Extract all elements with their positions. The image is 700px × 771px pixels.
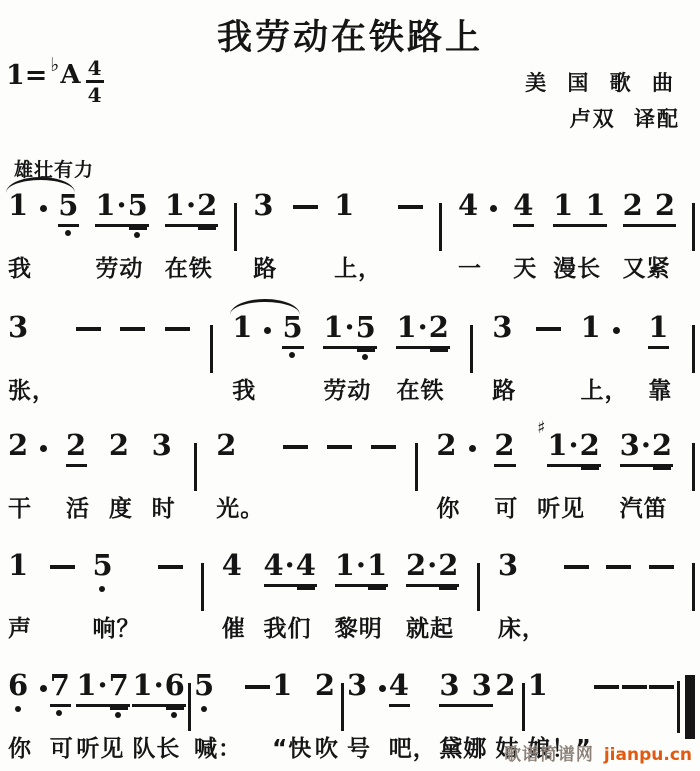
note-group [649,550,674,600]
lyric: 汽笛 [620,490,668,523]
note-cell [283,430,308,480]
note-group: 2 [66,430,87,480]
note-group: 4 [389,670,410,720]
lyric: 你 [436,490,460,523]
note-group: 1 [8,550,29,600]
note-group: 3·2 [620,430,673,480]
note-cell [622,670,647,720]
lyric: 听见 [76,730,124,763]
note-cell: ♯1·2听见 [537,430,601,523]
note-cell [50,550,75,600]
dash-note [158,565,183,569]
lyric: 上， [334,250,382,283]
note-token: 1 [648,312,669,349]
note-group: 3 [498,550,519,600]
note-group: 4 [222,550,243,600]
song-title: 我劳动在铁路上 [0,10,700,60]
note-token: 2 [494,430,515,467]
watermark-site-name: 歌谱简谱网 [504,745,594,765]
note-cell: 1声 [8,550,32,643]
note-cell: 1·5劳动 [323,312,376,405]
barline [692,325,695,373]
note-group: 1·7 [76,670,129,720]
dash-note [120,327,145,331]
note-token: 1· [76,670,108,707]
note-cell: 1上， [581,312,629,405]
credits: 美 国 歌 曲 卢双 译配 [525,66,680,137]
note-group [594,670,619,720]
lyric: 张， [8,372,56,405]
note-cell [564,550,589,600]
lyric: 声 [8,610,32,643]
note-group: 4·4 [264,550,317,600]
note-token: 2 [216,430,237,462]
note-cell: 7可 [50,670,74,763]
lyric: 可 [494,490,518,523]
note-token: 5 [58,190,79,227]
note-token: 2 [109,430,130,462]
note-token: 4 [222,550,243,582]
note-group [76,312,101,362]
lyric: 我们 [264,610,312,643]
note-group [536,312,561,362]
note-cell: 3床， [498,550,546,643]
dash-note [327,445,352,449]
note-group [283,430,308,480]
note-token: 2 [652,430,673,467]
note-cell: 1 1漫长 [553,190,606,283]
note-group [606,550,631,600]
note-group [293,190,318,240]
note-cell [371,430,396,480]
barline [415,443,418,491]
note-group [165,312,190,362]
note-group: 1 1 [553,190,606,240]
key-prefix: 1= [6,60,47,91]
note-group: 2 [494,430,515,480]
dot-note [490,205,497,212]
lyric: 活 [66,490,90,523]
note-group: 3 [152,430,173,480]
note-cell: 3路 [492,312,516,405]
barline [692,203,695,251]
note-cell: 3 3黛娜 [439,670,492,763]
note-cell: 3张， [8,312,56,405]
note-group [564,550,589,600]
note-token: 5 [194,670,215,702]
note-token: 3 [347,670,368,702]
note-cell: 1·2在铁 [396,312,449,405]
note-cell: 1·7听见 [76,670,129,763]
note-cell: 1·5劳动 [95,190,148,283]
note-group: 2 [216,430,237,480]
dash-note [564,565,589,569]
note-cell [398,190,423,240]
note-token: 4 [389,670,410,707]
lyric: 队长 [132,730,180,763]
note-cell: 5响？ [93,550,141,643]
lyric: 可 [50,730,74,763]
note-group [398,190,423,240]
note-token: 1 [528,670,549,702]
note-group: 2 [436,430,475,480]
sharp-icon: ♯ [537,419,545,438]
note-cell [165,312,190,362]
time-signature: 4 4 [86,58,104,105]
lyric: 又紧 [623,250,671,283]
note-group: 6 [8,670,47,720]
note-cell: 2吹 [315,670,339,763]
note-group: ♯1·2 [537,430,601,480]
note-cell: 5喊： [194,670,242,763]
lyric: 听见 [537,490,585,523]
note-cell [293,190,318,240]
note-cell [245,670,270,720]
note-cell: 2活 [66,430,90,523]
lyric: 一 [458,250,482,283]
note-cell: 1“快 [272,670,312,763]
note-group: 5 [93,550,114,600]
note-cell: 2度 [109,430,133,523]
note-token: 1· [323,312,355,349]
barline [470,325,473,373]
note-group: 4 [513,190,534,240]
dash-note [622,685,647,689]
note-cell: 3号 [347,670,386,763]
note-group: 2·2 [406,550,459,600]
note-token: 3 [8,312,29,344]
note-token: 1 [8,550,29,582]
note-group: 2 [315,670,336,720]
note-cell: 2光。 [216,430,264,523]
note-group: 15 [232,312,303,362]
note-token: 2 [495,670,516,702]
note-group: 1·5 [95,190,148,240]
note-token: 5 [282,312,303,349]
sheet-music-page: 我劳动在铁路上 1=♭A 4 4 美 国 歌 曲 卢双 译配 雄壮有力 15我1… [0,0,700,771]
note-token: 1 [334,190,355,222]
note-group: 1·6 [132,670,185,720]
dot-note [379,685,386,692]
lyric: 路 [492,372,516,405]
note-group: 1 [334,190,355,240]
note-token: 2 [580,430,601,467]
note-token: 1 1 [553,190,606,227]
lyric: 我 [8,250,32,283]
note-group [245,670,270,720]
score-line: 2干2活2度3时2光。2你2可♯1·2听见3·2汽笛 [8,416,695,523]
lyric: 我 [232,372,256,405]
note-cell: 4天 [513,190,537,283]
dash-note [50,565,75,569]
note-token: 2 [436,430,457,462]
note-group: 1 [528,670,549,720]
barline [234,203,237,251]
note-group: 4 [458,190,497,240]
lyric: 靠 [648,372,672,405]
note-token: 1 [581,312,602,344]
score-line: 3张，15我1·5劳动1·2在铁3路1上，1靠 [8,298,695,405]
meter-denominator: 4 [88,85,102,105]
flat-icon: ♭ [50,54,59,76]
note-token: 1 [367,550,388,587]
note-token: 2 [66,430,87,467]
note-group [158,550,183,600]
note-group: 1 [272,670,293,720]
note-group: 1·2 [396,312,449,362]
note-group [649,670,674,720]
note-token: 2 [8,430,29,462]
note-cell: 2·2就起 [406,550,459,643]
note-group [120,312,145,362]
final-barline-thick [685,675,695,739]
dash-note [536,327,561,331]
note-token: 2 [197,190,218,227]
note-group: 5 [194,670,215,720]
dash-note [165,327,190,331]
note-group [327,430,352,480]
barline [692,563,695,611]
note-token: 4 [513,190,534,227]
dash-note [245,685,270,689]
note-token: 1· [95,190,127,227]
note-cell: 1·6队长 [132,670,185,763]
note-group: 3 [492,312,513,362]
dash-note [371,445,396,449]
barline [194,443,197,491]
note-group: 1 [581,312,620,362]
note-cell: 2 2又紧 [623,190,676,283]
note-token: 3 [492,312,513,344]
note-token: 1· [165,190,197,227]
note-cell: 4一 [458,190,497,283]
note-token: 1· [132,670,164,707]
note-group: 3 [253,190,274,240]
final-barline [677,675,695,739]
note-group: 1 [648,312,669,362]
key-tonic: A [60,60,80,90]
note-cell: 3时 [152,430,176,523]
note-token: 6 [8,670,29,702]
lyric: 响？ [93,610,141,643]
note-token: 6 [165,670,186,707]
lyric: 天 [513,250,537,283]
note-token: 5 [93,550,114,582]
note-group: 3 [8,312,29,362]
barline [341,683,344,731]
note-group [50,550,75,600]
note-group: 2 2 [623,190,676,240]
lyric: 光。 [216,490,264,523]
note-cell: 4吧， [389,670,437,763]
note-group: 2 [8,430,47,480]
lyric: 路 [253,250,277,283]
note-cell: 1靠 [648,312,672,405]
lyric: 床， [498,610,546,643]
note-token: 1 [8,190,29,222]
watermark-site-link[interactable]: jianpu.cn [604,745,692,765]
note-token: 7 [50,670,71,707]
score-line: 15我1·5劳动1·2在铁3路1上，4一4天1 1漫长2 2又紧 [8,176,695,283]
lyric: “快 [272,730,312,763]
lyric: 干 [8,490,32,523]
note-cell: 1上， [334,190,382,283]
dot-note [613,327,620,334]
note-token: 1· [547,430,579,467]
note-token: 1· [396,312,428,349]
note-group: 15 [8,190,79,240]
note-token: 7 [109,670,130,707]
note-cell [649,670,674,720]
translator-credit: 卢双 译配 [525,102,680,138]
dash-note [594,685,619,689]
lyric: 在铁 [165,250,213,283]
key-signature: 1=♭A 4 4 [6,60,104,105]
barline [188,683,191,731]
score-line: 1声5响？4催4·4我们1·1黎明2·2就起3床， [8,536,695,643]
note-token: 3 [498,550,519,582]
note-cell [649,550,674,600]
note-token: 5 [128,190,149,227]
note-group: 7 [50,670,71,720]
note-cell: 4·4我们 [264,550,317,643]
note-cell [327,430,352,480]
note-cell: 1·2在铁 [165,190,218,283]
dot-note [40,205,47,212]
barline [439,203,442,251]
dash-note [649,565,674,569]
lyric: 漫长 [553,250,601,283]
note-cell [158,550,183,600]
note-token: 4 [296,550,317,587]
note-cell: 2干 [8,430,47,523]
note-token: 2 [429,312,450,349]
note-cell [76,312,101,362]
lyric: 上， [581,372,629,405]
note-cell: 1·1黎明 [335,550,388,643]
note-group: 3 [347,670,386,720]
lyric: 催 [222,610,246,643]
note-token: 3 3 [439,670,492,707]
note-group: 1·2 [165,190,218,240]
note-cell: 3路 [253,190,277,283]
dash-note [606,565,631,569]
note-cell [594,670,619,720]
dot-note [40,445,47,452]
note-group: 2 [109,430,130,480]
watermark: 歌谱简谱网 jianpu.cn [504,740,692,765]
lyric: 劳动 [323,372,371,405]
note-token: 2 [315,670,336,702]
dot-note [40,685,47,692]
lyric: 时 [152,490,176,523]
note-cell [606,550,631,600]
note-token: 3 [152,430,173,462]
dot-note [264,327,271,334]
note-group [371,430,396,480]
song-origin: 美 国 歌 曲 [525,66,680,102]
lyric: 劳动 [95,250,143,283]
note-group: 1·5 [323,312,376,362]
lyric: 在铁 [396,372,444,405]
note-cell: 15我 [232,312,303,405]
dash-note [283,445,308,449]
lyric: 黛娜 [439,730,487,763]
lyric: 黎明 [335,610,383,643]
barline [210,325,213,373]
note-cell [120,312,145,362]
note-group: 3 3 [439,670,492,720]
dash-note [293,205,318,209]
note-token: 3· [620,430,652,467]
dash-note [76,327,101,331]
lyric: 吧， [389,730,437,763]
note-token: 4· [264,550,296,587]
note-token: 2 [438,550,459,587]
note-cell [536,312,561,362]
note-cell: 2可 [494,430,518,523]
note-token: 2 2 [623,190,676,227]
note-token: 1· [335,550,367,587]
note-token: 5 [356,312,377,349]
note-token: 2· [406,550,438,587]
lyric: 就起 [406,610,454,643]
note-cell: 4催 [222,550,246,643]
lyric: 吹 [315,730,339,763]
note-cell: 15我 [8,190,79,283]
dot-note [469,445,476,452]
meter-numerator: 4 [88,58,102,78]
barline [201,563,204,611]
dash-note [398,205,423,209]
note-group: 1·1 [335,550,388,600]
note-group: 2 [495,670,516,720]
note-cell: 2你 [436,430,475,523]
note-token: 4 [458,190,479,222]
note-token: 3 [253,190,274,222]
barline [522,683,525,731]
note-cell: 3·2汽笛 [620,430,673,523]
final-barline-thin [677,681,680,733]
lyric: 号 [347,730,371,763]
lyric: 度 [109,490,133,523]
dash-note [649,685,674,689]
note-group [622,670,647,720]
note-cell: 6你 [8,670,47,763]
note-token: 1 [232,312,253,344]
lyric: 喊： [194,730,242,763]
barline [692,443,695,491]
barline [477,563,480,611]
lyric: 你 [8,730,32,763]
note-token: 1 [272,670,293,702]
